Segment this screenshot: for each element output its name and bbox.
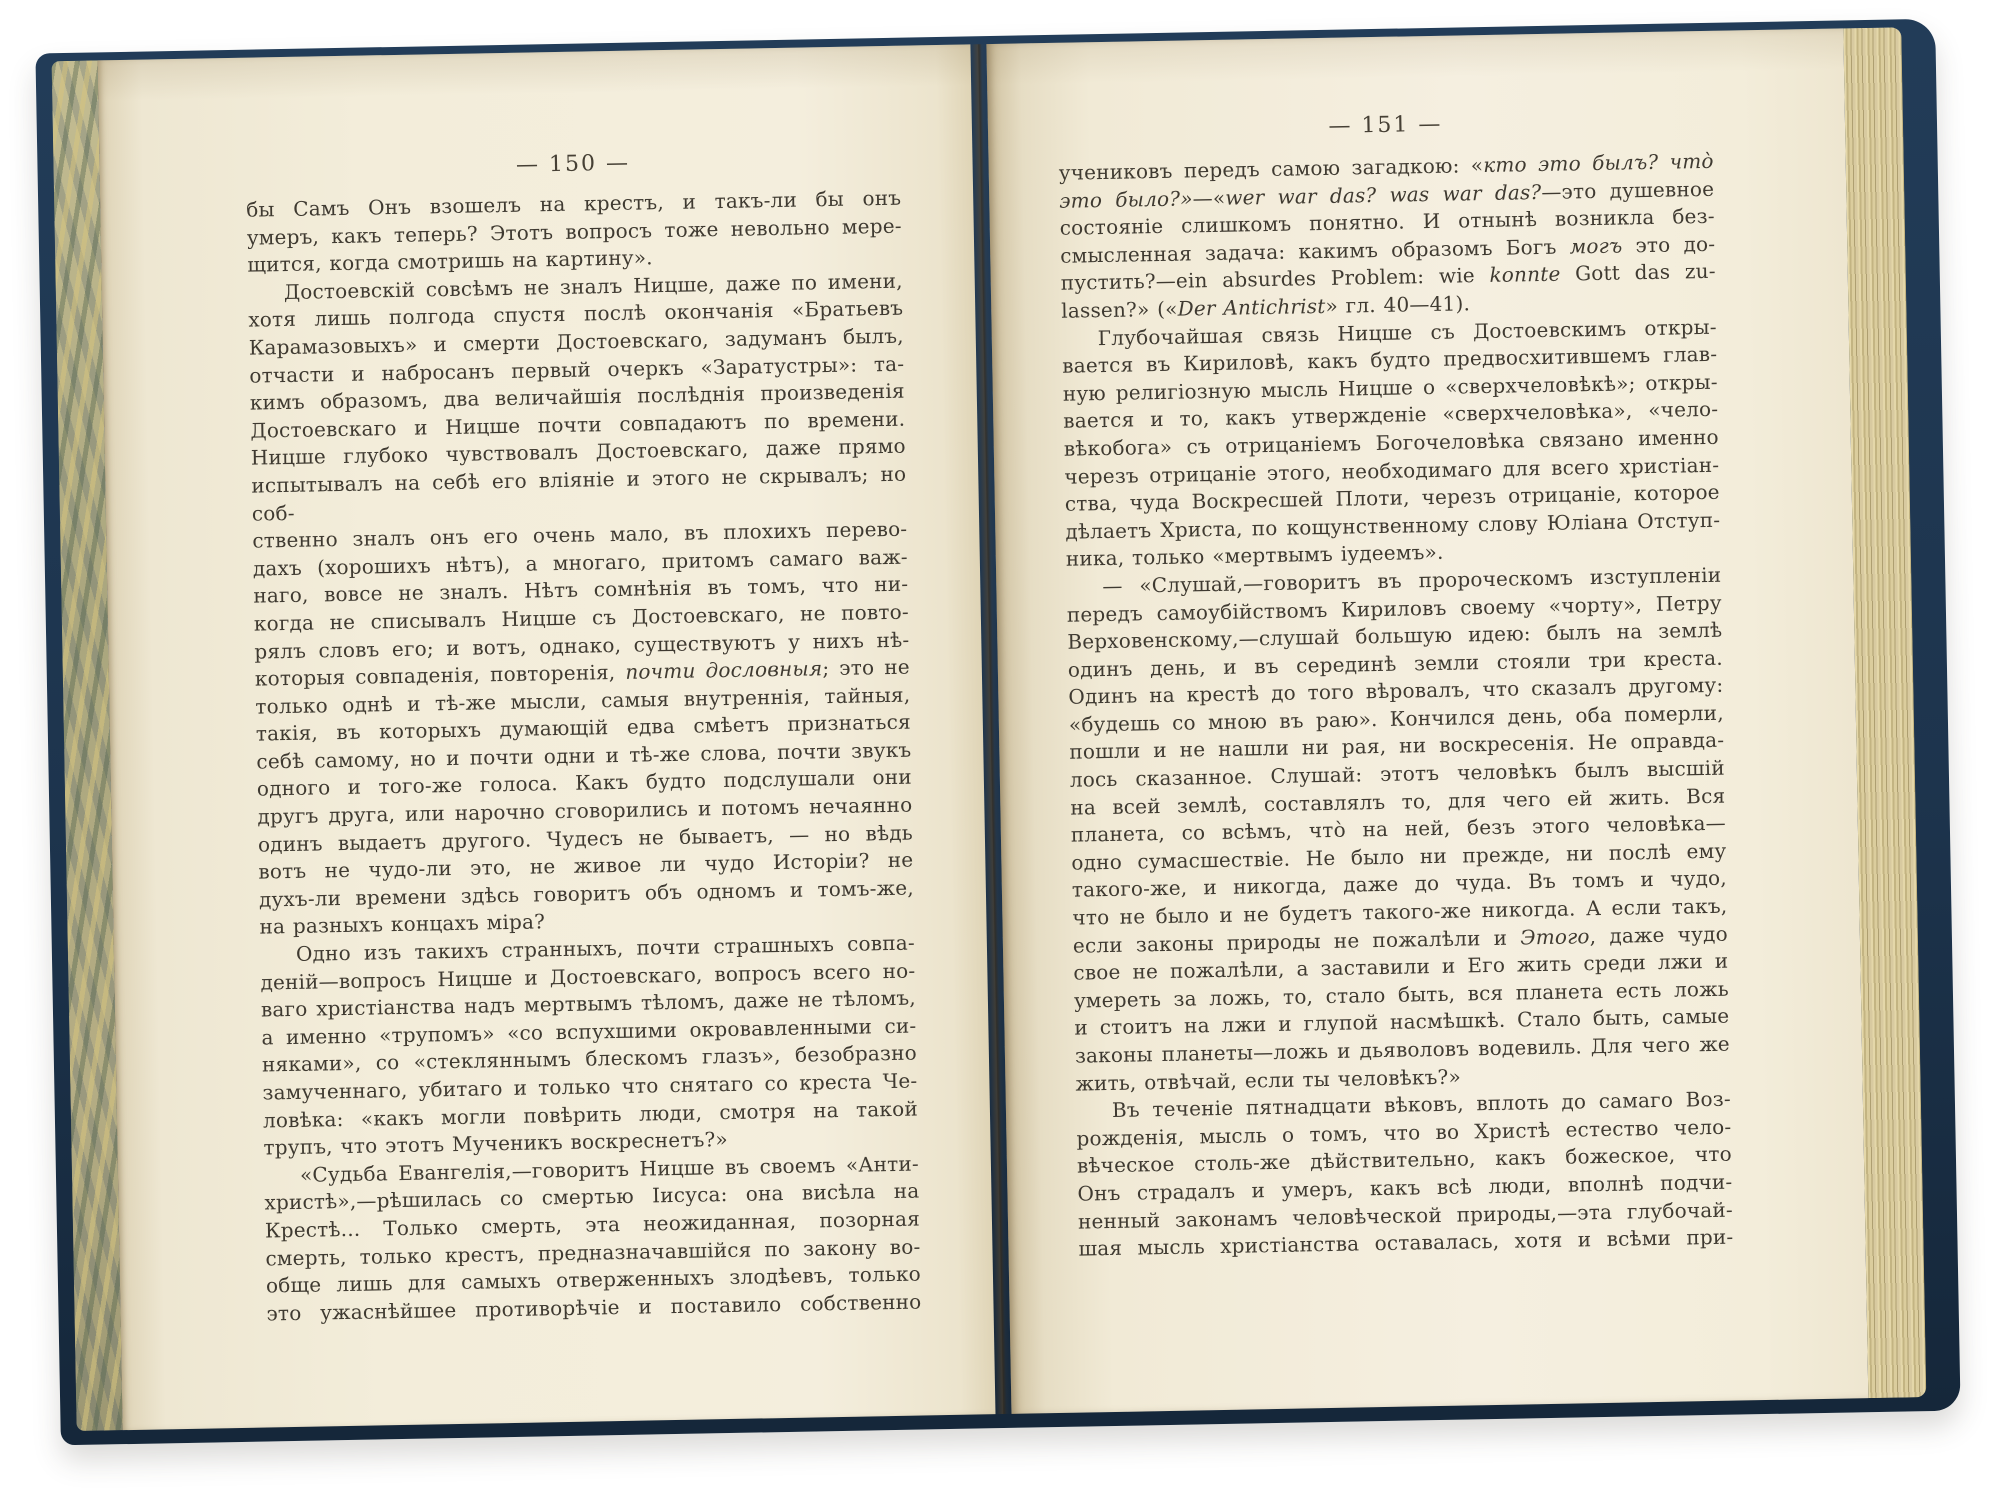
paragraph: «Судьба Евангелія,—говоритъ Ницше въ сво… [264,1150,922,1328]
right-page: — 151 — учениковъ передъ самою загадкою:… [986,28,1868,1413]
paragraph: Въ теченіе пятнадцати вѣковъ, вплоть до … [1076,1086,1734,1264]
page-number-right: — 151 — [1058,107,1713,144]
book-photo: — 150 — бы Самъ Онъ взошелъ на крестъ, и… [0,0,2000,1500]
paragraph: бы Самъ Онъ взошелъ на крестъ, и такъ-ли… [246,185,902,280]
right-page-text: учениковъ передъ самою загадкою: «кто эт… [1059,148,1734,1264]
page-spread: — 150 — бы Самъ Онъ взошелъ на крестъ, и… [36,27,1961,1432]
open-book: — 150 — бы Самъ Онъ взошелъ на крестъ, и… [35,19,1960,1446]
left-page: — 150 — бы Самъ Онъ взошелъ на крестъ, и… [98,44,996,1430]
paragraph: Достоевскій совсѣмъ не зналъ Ницше, даже… [248,267,915,941]
paragraph: Одно изъ такихъ странныхъ, почти страшны… [260,930,919,1163]
paragraph: — «Слушай,—говоритъ въ пророческомъ изст… [1066,562,1730,1098]
left-page-text: бы Самъ Онъ взошелъ на крестъ, и такъ-ли… [246,185,922,1328]
page-number-left: — 150 — [245,146,900,183]
paragraph: учениковъ передъ самою загадкою: «кто эт… [1059,148,1717,326]
paragraph: Глубочайшая связь Ницше съ Достоевскимъ … [1062,313,1721,573]
